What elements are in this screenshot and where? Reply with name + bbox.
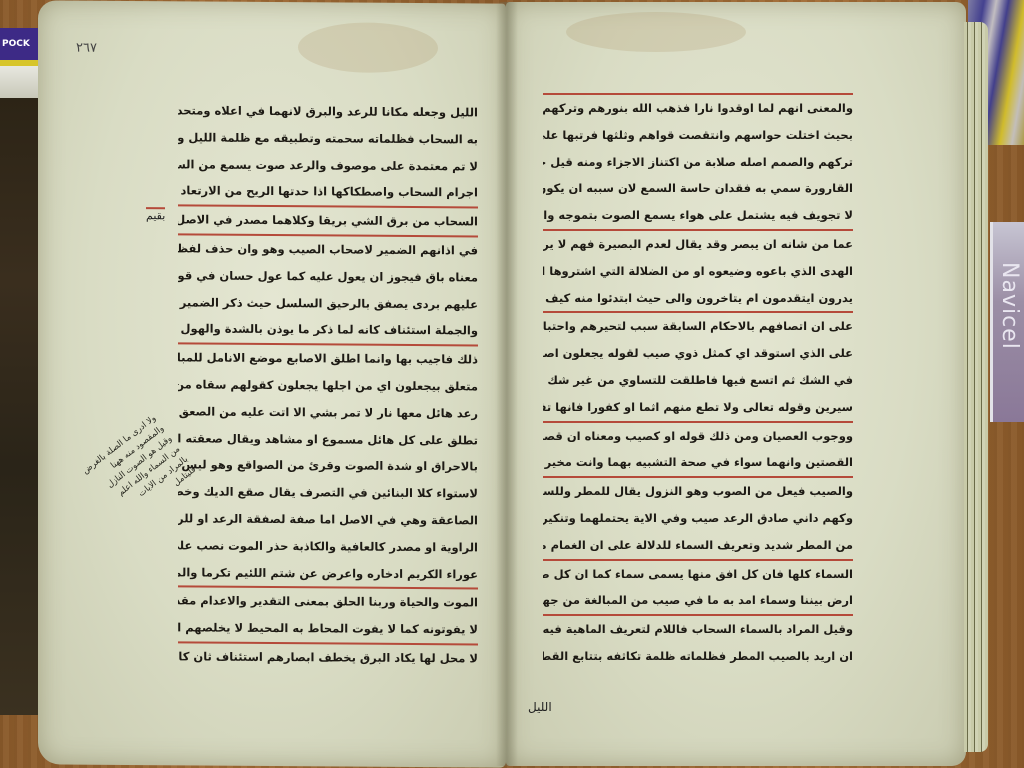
- catchword: الليل: [528, 700, 552, 714]
- manuscript-line: القارورة سمي به فقدان حاسة السمع لان سبب…: [543, 175, 853, 202]
- manuscript-line: والجملة استئناف كانه لما ذكر ما يوذن بال…: [178, 316, 478, 345]
- pocket-book-label: POCK: [0, 28, 40, 66]
- manuscript-line: لا يفوتونه كما لا يفوت المحاط به المحيط …: [178, 614, 478, 643]
- book-gutter: [496, 2, 518, 766]
- manuscript-line: تطلق على كل هائل مسموع او مشاهد ويقال صع…: [178, 425, 478, 454]
- manuscript-line: من المطر شديد وتعريف السماء للدلالة على …: [543, 532, 853, 559]
- pocket-book-cover: [0, 66, 40, 98]
- manuscript-line: بالاحراق او شدة الصوت وقرئ من الصواقع وه…: [178, 452, 478, 481]
- manuscript-line: الليل وجعله مكانا للرعد والبرق لانهما في…: [178, 97, 478, 126]
- right-page: والمعنى انهم لما اوقدوا نارا فذهب الله ب…: [506, 2, 966, 766]
- right-page-text: والمعنى انهم لما اوقدوا نارا فذهب الله ب…: [543, 93, 853, 670]
- manuscript-line: والصيب فيعل من الصوب وهو النزول يقال للم…: [543, 476, 853, 505]
- manuscript-line: اجرام السحاب واصطكاكها اذا حدتها الريح م…: [178, 178, 478, 207]
- manuscript-line: ذلك فاجيب بها وانما اطلق الاصابع موضع ال…: [178, 343, 478, 374]
- manuscript-line: بحيث اختلت حواسهم وانتقصت قواهم وثلثها ف…: [543, 122, 853, 149]
- paper-stain: [298, 22, 438, 73]
- disc-case-text: Navicel: [997, 262, 1022, 350]
- manuscript-line: الصاعقة وهي في الاصل اما صفة لصفقة الرعد…: [178, 505, 478, 534]
- manuscript-line: معناه باق فيجوز ان يعول عليه كما عول حسا…: [178, 262, 478, 291]
- folio-number: ٢٦٧: [76, 41, 97, 56]
- disc-case: Navicel: [990, 222, 1024, 422]
- manuscript-line: في اذانهم الضمير لاصحاب الصيب وهو وان حذ…: [178, 233, 478, 264]
- manuscript-line: عما من شانه ان يبصر وقد يقال لعدم البصير…: [543, 229, 853, 258]
- manuscript-line: لا تم معتمدة على موصوف والرعد صوت يسمع م…: [178, 151, 478, 180]
- margin-word: بقيم: [146, 207, 165, 222]
- pocket-label-text: POCK: [2, 39, 30, 49]
- page-edges: [964, 22, 988, 752]
- manuscript-line: عوراء الكريم ادخاره واعرض عن شتم اللئيم …: [178, 559, 478, 588]
- left-page: ٢٦٧ بقيم ولا ادرى ما الصلة بالغرضوالمقصو…: [38, 0, 506, 767]
- manuscript-line: على ان اتصافهم بالاحكام السابقة سبب لتحي…: [543, 311, 853, 340]
- manuscript-line: ان اريد بالصيب المطر فظلماته ظلمة تكاثفه…: [543, 643, 853, 670]
- left-page-text: الليل وجعله مكانا للرعد والبرق لانهما في…: [178, 97, 478, 672]
- manuscript-line: ووجوب العصيان ومن ذلك قوله او كصيب ومعنا…: [543, 421, 853, 450]
- manuscript-line: السحاب من برق الشي بريقا وكلاهما مصدر في…: [178, 205, 478, 236]
- manuscript-line: في الشك ثم اتسع فيها فاطلقت للتساوي من غ…: [543, 367, 853, 394]
- manuscript-line: به السحاب فظلماته سحمته وتطبيقه مع ظلمة …: [178, 124, 478, 153]
- paper-stain: [566, 12, 746, 52]
- manuscript-line: وكهم داني صادق الرعد صيب وفي الاية يحتمل…: [543, 505, 853, 532]
- manuscript-line: الهدى الذي باعوه وضيعوه او من الضلالة ال…: [543, 258, 853, 285]
- manuscript-line: ارض بيننا وسماء امد به ما في صيب من المب…: [543, 587, 853, 614]
- manuscript-line: السماء كلها فان كل افق منها يسمى سماء كم…: [543, 559, 853, 588]
- manuscript-line: عليهم بردى يصفق بالرحيق السلسل حيث ذكر ا…: [178, 289, 478, 318]
- manuscript-line: سيرين وقوله تعالى ولا تطع منهم اثما او ك…: [543, 394, 853, 421]
- manuscript-line: لا محل لها يكاد البرق يخطف ابصارهم استئن…: [178, 641, 478, 672]
- open-manuscript: ٢٦٧ بقيم ولا ادرى ما الصلة بالغرضوالمقصو…: [38, 2, 988, 766]
- manuscript-line: تركهم والصمم اصله صلابة من اكتناز الاجزا…: [543, 149, 853, 176]
- manuscript-line: على الذي استوقد اي كمثل ذوي صيب لقوله يج…: [543, 340, 853, 367]
- manuscript-line: لا تجويف فيه يشتمل على هواء يسمع الصوت ب…: [543, 202, 853, 229]
- manuscript-line: والمعنى انهم لما اوقدوا نارا فذهب الله ب…: [543, 93, 853, 122]
- manuscript-line: يدرون ايتقدمون ام يتاخرون والى حيث ابتدئ…: [543, 285, 853, 312]
- manuscript-line: وقيل المراد بالسماء السحاب فاللام لتعريف…: [543, 614, 853, 643]
- manuscript-line: لاستواء كلا البنائين في التصرف يقال صقع …: [178, 479, 478, 508]
- manuscript-line: متعلق بيجعلون اي من اجلها يجعلون كقولهم …: [178, 371, 478, 400]
- manuscript-line: رعد هائل معها نار لا تمر بشي الا اتت علي…: [178, 398, 478, 427]
- manuscript-line: الراوية او مصدر كالعافية والكاذبة حذر ال…: [178, 532, 478, 561]
- manuscript-line: الموت والحياة وربنا الحلق بمعنى التقدير …: [178, 586, 478, 617]
- manuscript-line: القصتين وانهما سواء في صحة التشبيه بهما …: [543, 449, 853, 476]
